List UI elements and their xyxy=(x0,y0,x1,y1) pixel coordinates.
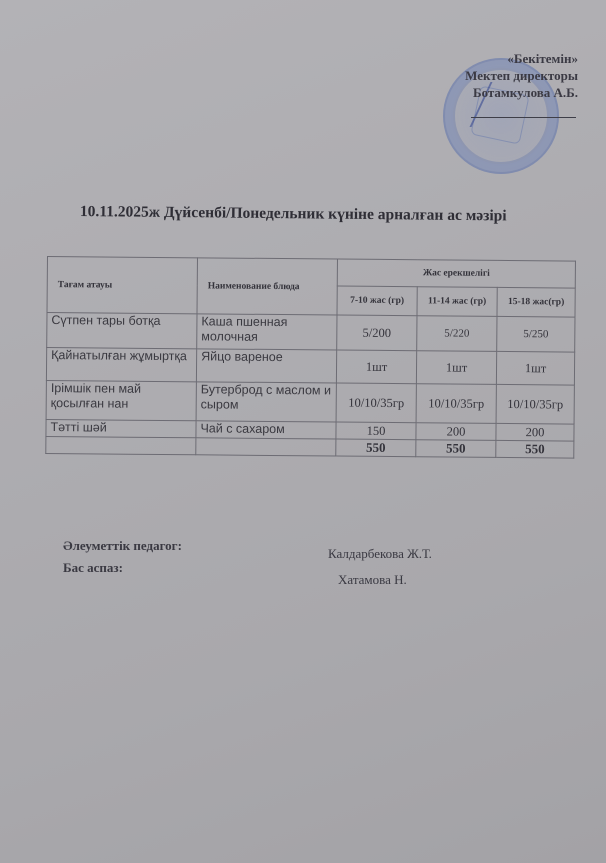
dish-name-kz: Қайнатылған жұмыртқа xyxy=(46,348,196,382)
header-age-7-10: 7-10 жас (гр) xyxy=(337,286,417,316)
table-row: Сүтпен тары ботқа Каша пшенная молочная … xyxy=(47,313,575,353)
signature-row: Әлеуметтік педагог: Калдарбекова Ж.Т. xyxy=(63,538,483,560)
header-dish-name-ru: Наименование блюда xyxy=(197,258,337,315)
portion-15-18: 10/10/35гр xyxy=(496,384,574,424)
portion-7-10: 150 xyxy=(336,422,416,440)
table-row: Ірімшік пен май қосылған нан Бутерброд с… xyxy=(46,380,574,424)
signature-line xyxy=(471,117,576,118)
approval-block: «Бекітемін» Мектеп директоры Ботамкулова… xyxy=(418,50,578,101)
approval-heading: «Бекітемін» xyxy=(418,50,578,67)
portion-15-18: 5/250 xyxy=(497,316,575,352)
approval-position: Мектеп директоры xyxy=(418,67,578,84)
dish-name-ru: Бутерброд с маслом и сыром xyxy=(196,382,336,422)
menu-table-container: Тағам атауы Наименование блюда Жас ерекш… xyxy=(45,256,575,459)
portion-11-14: 10/10/35гр xyxy=(416,384,496,424)
dish-name-ru: Яйцо вареное xyxy=(196,349,336,383)
signature-role: Бас аспаз: xyxy=(63,560,123,576)
signature-name: Хатамова Н. xyxy=(338,572,407,588)
total-11-14: 550 xyxy=(416,440,496,458)
header-age-11-14: 11-14 жас (гр) xyxy=(417,287,497,317)
dish-name-ru: Чай с сахаром xyxy=(196,421,336,439)
header-age-15-18: 15-18 жас(гр) xyxy=(497,287,575,317)
portion-11-14: 200 xyxy=(416,423,496,441)
dish-name-kz: Тәтті шәй xyxy=(46,419,196,437)
portion-7-10: 10/10/35гр xyxy=(336,383,416,423)
empty-cell xyxy=(46,436,196,454)
document-page: «Бекітемін» Мектеп директоры Ботамкулова… xyxy=(0,0,606,863)
approval-signatory: Ботамкулова А.Б. xyxy=(418,84,578,101)
dish-name-ru: Каша пшенная молочная xyxy=(197,314,337,350)
signatures-block: Әлеуметтік педагог: Калдарбекова Ж.Т. Ба… xyxy=(63,538,483,582)
portion-11-14: 1шт xyxy=(416,351,496,385)
header-dish-name-kz: Тағам атауы xyxy=(47,257,197,314)
table-row-total: 550 550 550 xyxy=(46,436,574,458)
dish-name-kz: Сүтпен тары ботқа xyxy=(47,313,197,349)
portion-11-14: 5/220 xyxy=(417,316,497,352)
portion-7-10: 5/200 xyxy=(337,315,417,351)
dish-name-kz: Ірімшік пен май қосылған нан xyxy=(46,380,196,420)
portion-15-18: 1шт xyxy=(496,351,574,385)
total-15-18: 550 xyxy=(496,440,574,458)
total-7-10: 550 xyxy=(336,439,416,457)
signature-row: Бас аспаз: Хатамова Н. xyxy=(63,560,483,582)
table-row: Қайнатылған жұмыртқа Яйцо вареное 1шт 1ш… xyxy=(46,348,574,386)
portion-15-18: 200 xyxy=(496,423,574,441)
empty-cell xyxy=(196,438,336,456)
menu-table: Тағам атауы Наименование блюда Жас ерекш… xyxy=(45,256,576,459)
signature-role: Әлеуметтік педагог: xyxy=(63,538,182,554)
page-title: 10.11.2025ж Дүйсенбі/Понедельник күніне … xyxy=(80,203,560,226)
portion-7-10: 1шт xyxy=(336,350,416,384)
header-age-group: Жас ерекшелігі xyxy=(337,259,575,288)
